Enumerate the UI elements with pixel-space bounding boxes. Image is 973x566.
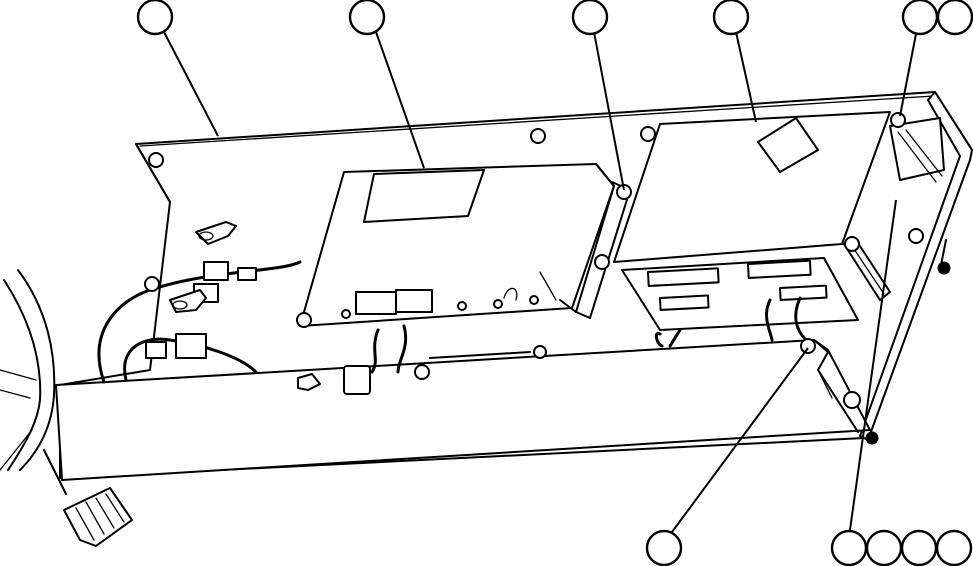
callout-balloon bbox=[714, 0, 748, 34]
callout-balloon bbox=[902, 531, 936, 565]
connector-icon bbox=[780, 286, 827, 300]
screw-icon bbox=[866, 432, 878, 444]
callout-balloon bbox=[350, 0, 384, 34]
screw-icon bbox=[938, 262, 950, 274]
callout-balloon bbox=[867, 531, 901, 565]
connector-icon bbox=[356, 292, 396, 314]
nut-icon bbox=[342, 310, 350, 318]
nut-icon bbox=[145, 277, 159, 291]
callout-balloon bbox=[937, 531, 971, 565]
connector-icon bbox=[660, 295, 709, 309]
callout-balloon bbox=[832, 531, 866, 565]
callout-balloon bbox=[573, 0, 607, 34]
nut-icon bbox=[415, 365, 429, 379]
callout-balloon bbox=[138, 0, 172, 34]
callout-balloon bbox=[647, 531, 681, 565]
nut-icon bbox=[641, 127, 655, 141]
nut-icon bbox=[595, 255, 609, 269]
connector-icon bbox=[238, 268, 256, 280]
connector-icon bbox=[648, 268, 719, 286]
callout-balloon bbox=[903, 0, 937, 34]
connector-icon bbox=[204, 262, 228, 280]
nut-icon bbox=[494, 300, 502, 308]
nut-icon bbox=[297, 313, 311, 327]
nut-icon bbox=[530, 296, 538, 304]
vehicle-frame-edge bbox=[0, 270, 54, 470]
nut-icon bbox=[844, 392, 860, 408]
nut-icon bbox=[458, 302, 466, 310]
nut-icon bbox=[534, 346, 546, 358]
nut-icon bbox=[801, 339, 815, 353]
connector-icon bbox=[146, 342, 166, 358]
grommet-icon bbox=[344, 366, 370, 394]
connector-icon bbox=[396, 290, 432, 312]
connector-icon bbox=[748, 261, 811, 278]
nut-icon bbox=[149, 153, 163, 167]
nut-icon bbox=[845, 237, 859, 251]
assembly-diagram bbox=[0, 0, 973, 566]
module-label bbox=[364, 170, 484, 222]
nut-icon bbox=[909, 229, 923, 243]
callout-balloon bbox=[938, 0, 972, 34]
nut-icon bbox=[891, 113, 905, 127]
nut-icon bbox=[531, 129, 545, 143]
connector-icon bbox=[176, 334, 206, 358]
